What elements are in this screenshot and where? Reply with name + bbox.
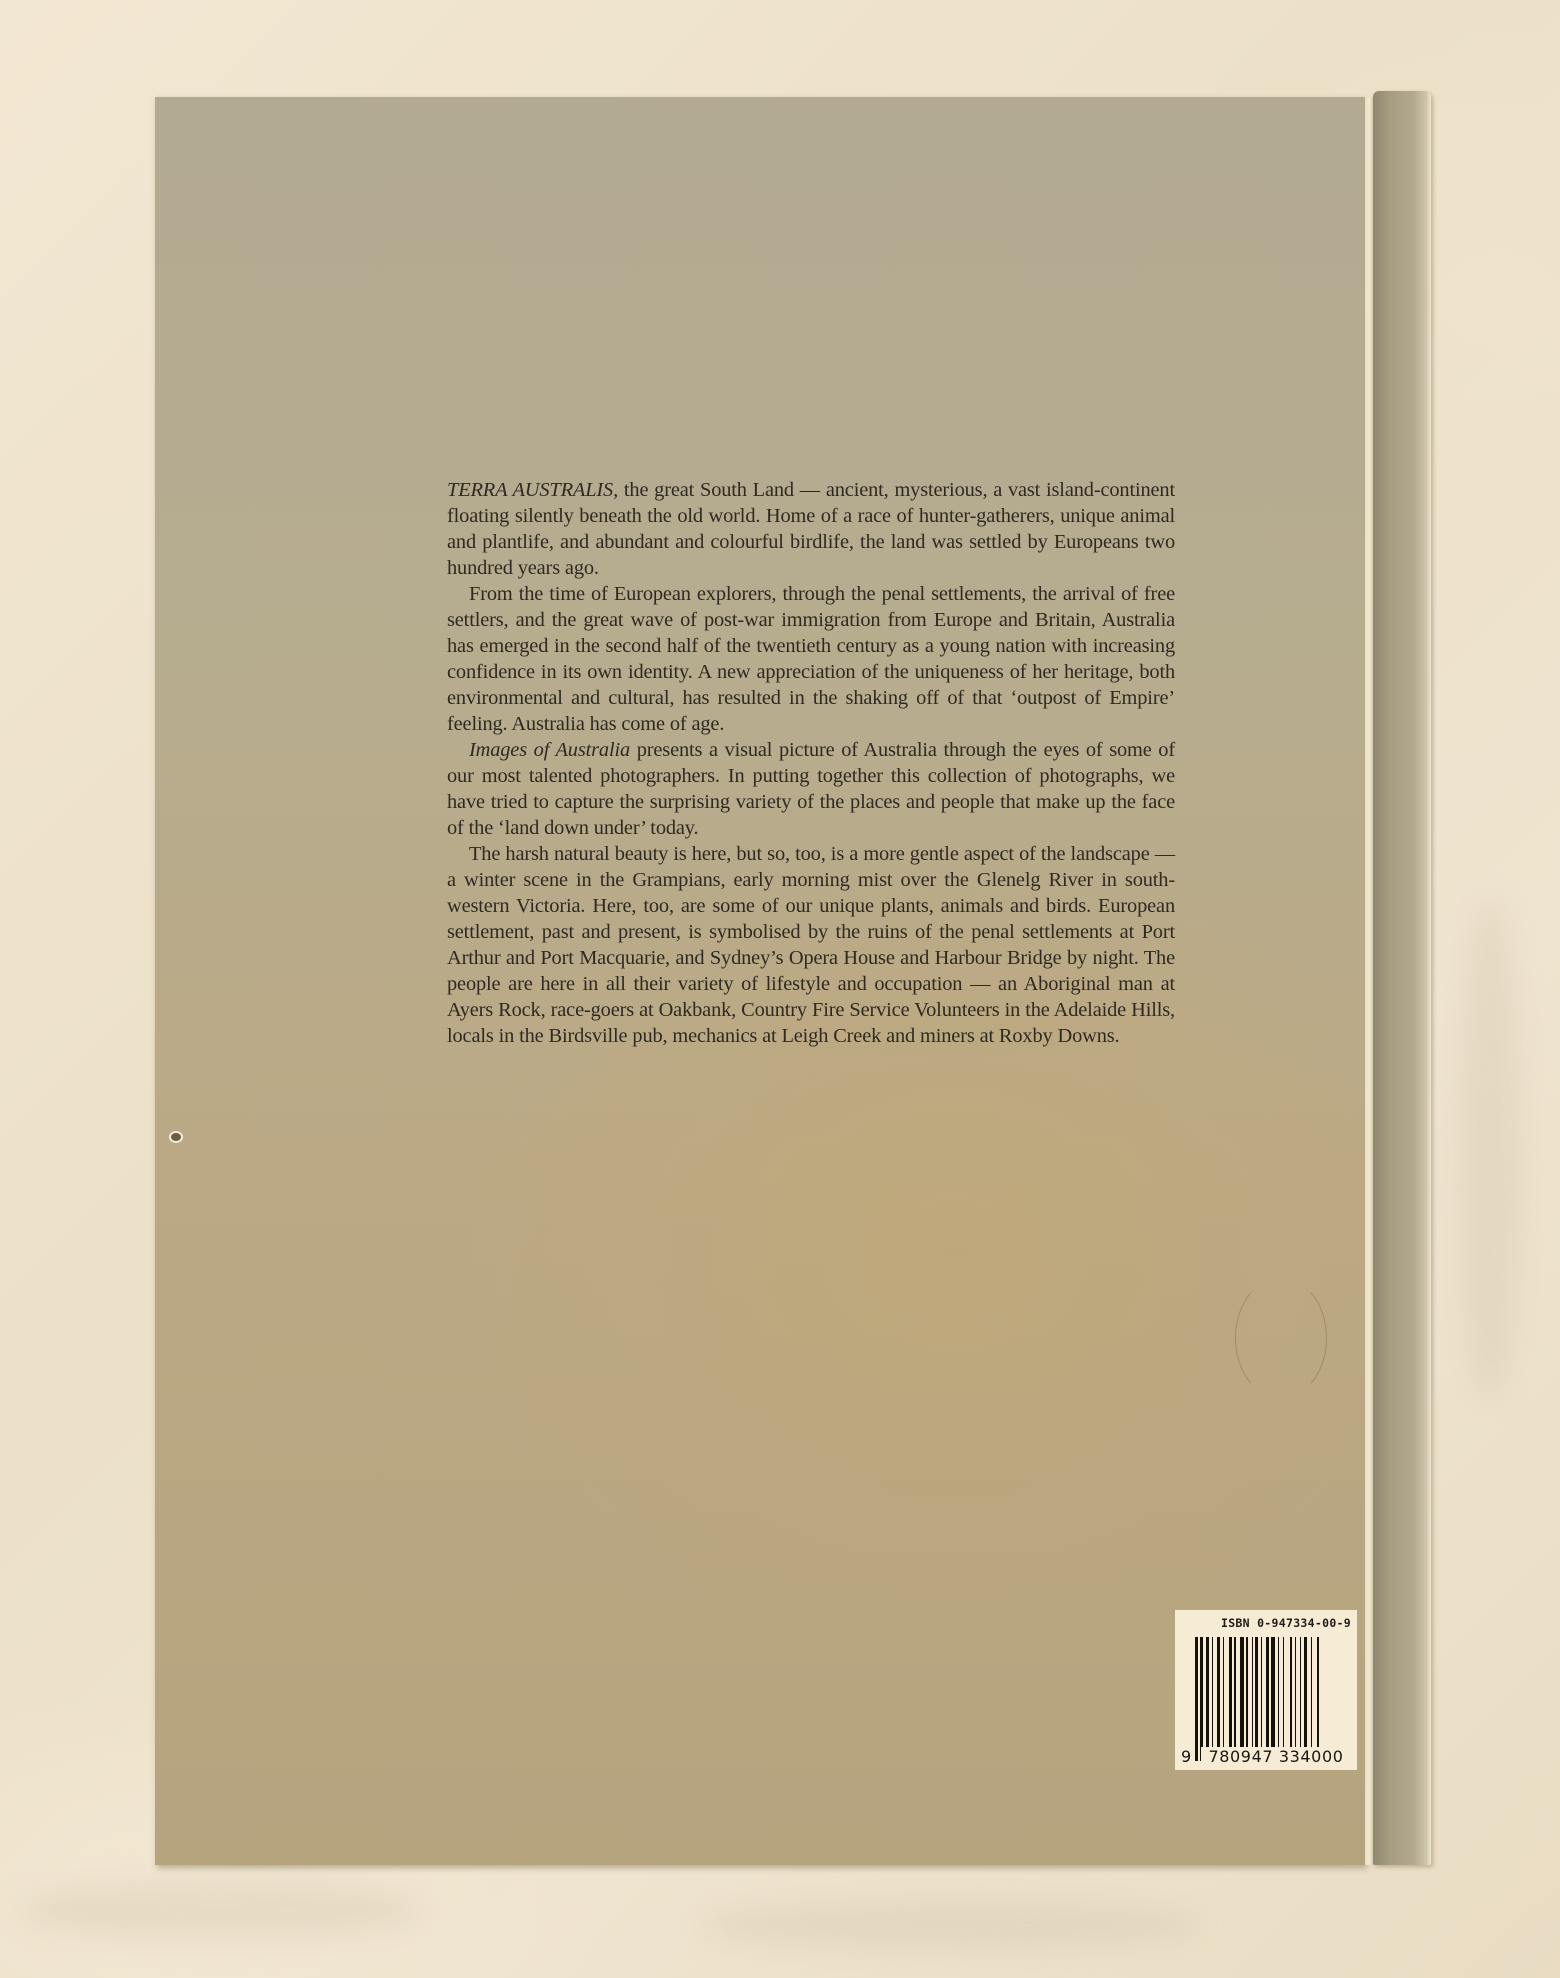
book: TERRA AUSTRALIS, the great South Land — …: [155, 97, 1433, 1865]
fabric-fold: [700, 1900, 1200, 1950]
blurb-paragraph-4: The harsh natural beauty is here, but so…: [447, 841, 1175, 1049]
ean-first-digit: 9: [1181, 1747, 1191, 1766]
cover-crease: [1235, 1277, 1327, 1399]
fabric-fold: [1460, 900, 1520, 1400]
book-title-italic: Images of Australia: [469, 739, 630, 761]
blurb-paragraph-1: TERRA AUSTRALIS, the great South Land — …: [447, 477, 1175, 581]
cover-blurb: TERRA AUSTRALIS, the great South Land — …: [447, 477, 1175, 1049]
book-spine: [1373, 91, 1431, 1865]
blurb-paragraph-2: From the time of European explorers, thr…: [447, 581, 1175, 737]
back-cover: TERRA AUSTRALIS, the great South Land — …: [155, 97, 1365, 1865]
isbn-number: ISBN 0-947334-00-9: [1181, 1616, 1351, 1630]
blurb-paragraph-3: Images of Australia presents a visual pi…: [447, 737, 1175, 841]
blurb-title-italic: TERRA AUSTRALIS,: [447, 479, 618, 501]
ean-code: 780947 334000: [1201, 1747, 1351, 1766]
barcode-icon: [1195, 1637, 1351, 1749]
fabric-fold: [20, 1880, 420, 1940]
board-edge: [1365, 97, 1373, 1865]
isbn-barcode-label: ISBN 0-947334-00-9 9 780947 334000: [1175, 1610, 1357, 1770]
cover-hole-mark: [169, 1131, 183, 1143]
